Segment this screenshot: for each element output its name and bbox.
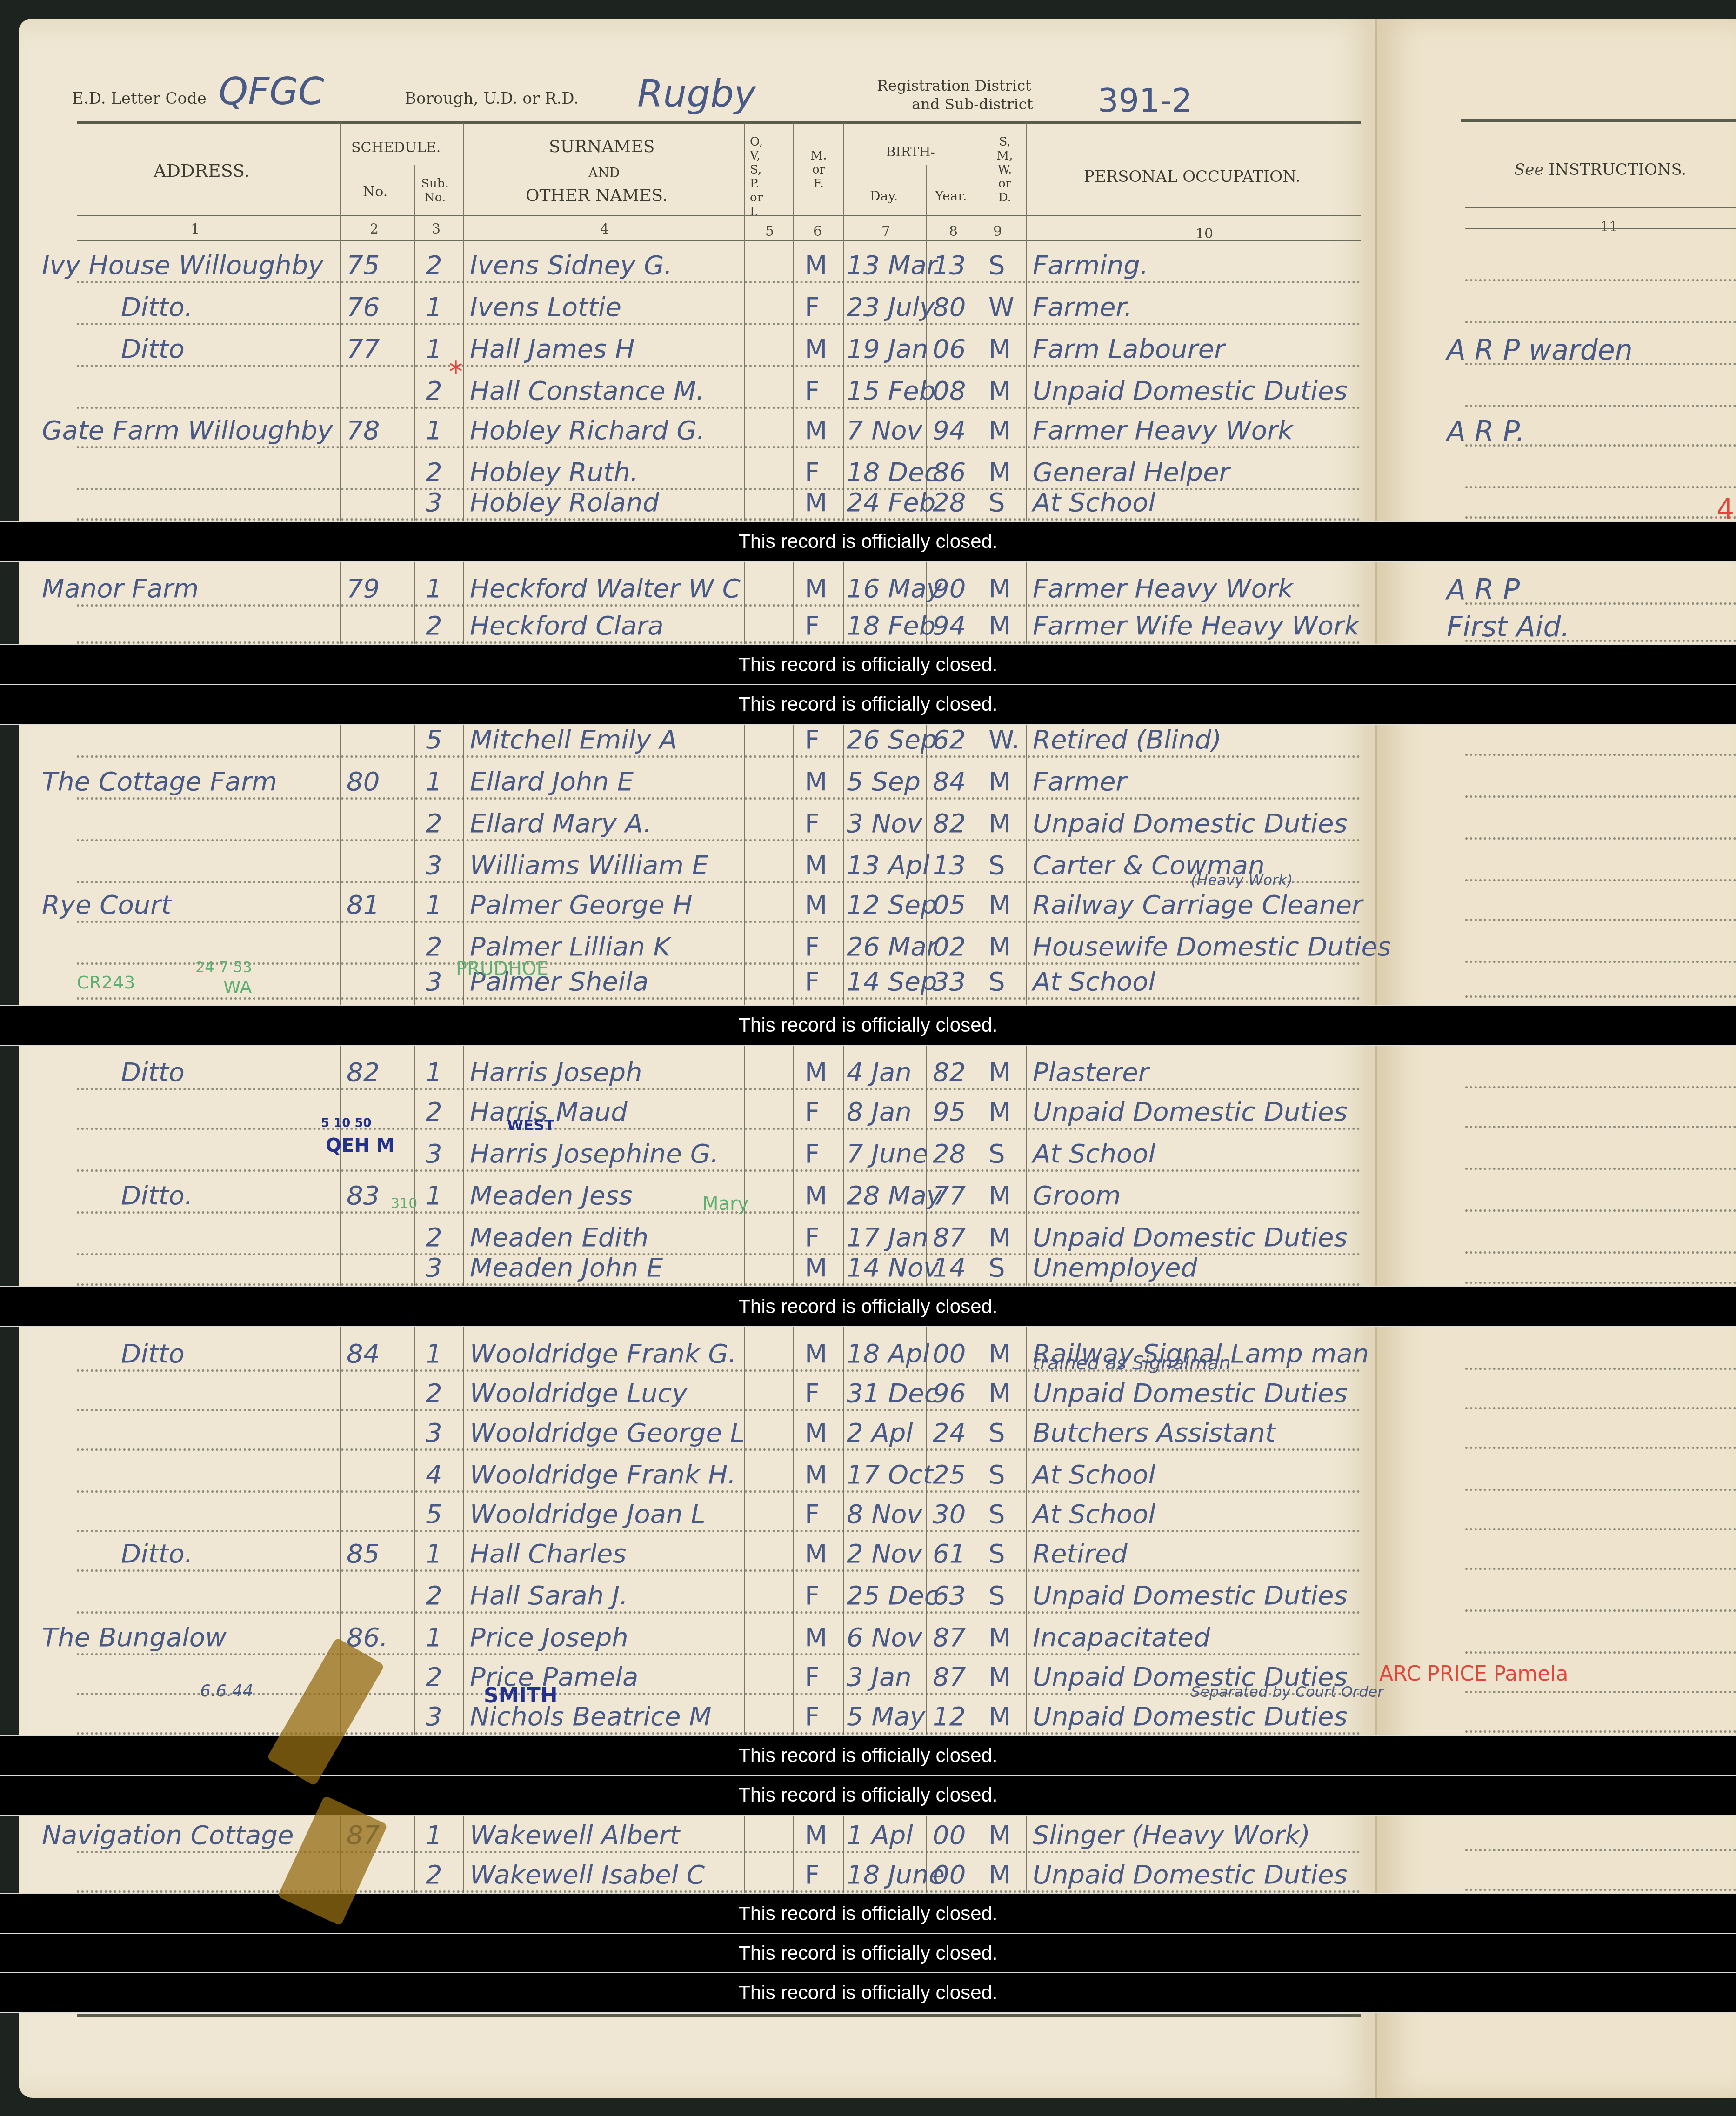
row-dotted-rule <box>77 1283 1361 1286</box>
schedule-sub-cell: 2 <box>426 1860 442 1890</box>
schedule-sub-cell: 1 <box>426 767 442 797</box>
row-dotted-rule-right <box>1465 1528 1736 1530</box>
schedule-sub-cell: 1 <box>426 1622 442 1653</box>
row-dotted-rule-right <box>1465 444 1736 447</box>
meaden-mary-note: Mary <box>702 1193 748 1215</box>
occupation-cell: Unpaid Domestic Duties <box>1033 376 1348 406</box>
redaction-bar: This record is officially closed. <box>0 644 1736 685</box>
col-divider <box>793 123 794 2007</box>
birth-day-cell: 31 Dec <box>847 1378 938 1408</box>
birth-day-cell: 14 Sep <box>847 967 937 997</box>
ed-letter-code: QFGC <box>219 70 324 113</box>
see-label: See <box>1514 160 1544 179</box>
sex-cell: M <box>805 1460 827 1490</box>
marital-cell: M <box>988 932 1011 962</box>
name-cell: Ivens Sidney G. <box>470 250 672 280</box>
sex-cell: F <box>805 457 820 487</box>
redaction-bar: This record is officially closed. <box>0 1775 1736 1816</box>
birth-day-cell: 8 Nov <box>847 1499 922 1529</box>
birth-day-cell: 7 Nov <box>847 415 922 446</box>
birth-year-cell: 82 <box>933 808 966 839</box>
marital-cell: S <box>988 1539 1005 1569</box>
occupation-cell: Farmer Heavy Work <box>1033 415 1293 446</box>
name-cell: Meaden John E <box>470 1253 663 1283</box>
redaction-bar: This record is officially closed. <box>0 1005 1736 1046</box>
sex-cell: F <box>805 292 820 322</box>
address-cell: The Cottage Farm <box>42 767 277 797</box>
occupation-cell: At School <box>1033 967 1155 997</box>
occupation-cell: Groom <box>1033 1181 1121 1211</box>
birth-day-cell: 23 July <box>847 292 935 322</box>
row-dotted-rule <box>77 1569 1361 1572</box>
row-dotted-rule <box>77 755 1361 758</box>
col-num-4: 4 <box>600 221 609 237</box>
name-cell: Wooldridge Frank H. <box>470 1460 736 1490</box>
col-num-2: 2 <box>370 221 379 237</box>
sex-cell: M <box>805 574 827 604</box>
row-dotted-rule <box>77 1128 1361 1130</box>
row-dotted-rule <box>77 446 1361 448</box>
row-dotted-rule-right <box>1465 1251 1736 1254</box>
row-dotted-rule <box>77 962 1361 965</box>
birth-day-cell: 13 Apl <box>847 850 929 881</box>
occupation-cell: Butchers Assistant <box>1033 1418 1275 1448</box>
col-num-1: 1 <box>191 221 200 237</box>
col-divider <box>414 165 415 2007</box>
birth-year-cell: 02 <box>933 932 966 962</box>
col-header-surnames-2: AND <box>588 165 620 180</box>
schedule-sub-cell: 3 <box>426 487 442 518</box>
west-correction: WEST <box>507 1116 554 1134</box>
borough-value: Rugby <box>637 72 756 115</box>
schedule-no-cell: 83 <box>347 1181 380 1211</box>
name-cell: Wooldridge Joan L <box>470 1499 706 1529</box>
sex-cell: M <box>805 1539 827 1569</box>
row-dotted-rule-right <box>1465 1368 1736 1370</box>
sex-cell: M <box>805 1418 827 1448</box>
schedule-sub-cell: 2 <box>426 1097 442 1127</box>
name-cell: Heckford Clara <box>470 611 663 641</box>
schedule-no-cell: 79 <box>347 574 380 604</box>
birth-year-cell: 90 <box>933 574 966 604</box>
col-header-sub-no: Sub. No. <box>421 177 449 205</box>
occupation-cell: At School <box>1033 487 1155 518</box>
sex-cell: F <box>805 808 820 839</box>
birth-day-cell: 19 Jan <box>847 334 928 364</box>
birth-year-cell: 24 <box>933 1418 966 1448</box>
occupation-cell: Farmer Heavy Work <box>1033 574 1293 604</box>
row-dotted-rule-right <box>1465 879 1736 881</box>
marital-cell: S <box>988 1581 1005 1611</box>
schedule-sub-cell: 2 <box>426 1662 442 1692</box>
row-dotted-rule <box>77 641 1361 644</box>
birth-day-cell: 1 Apl <box>847 1820 913 1850</box>
sex-cell: M <box>805 767 827 797</box>
sex-cell: F <box>805 1097 820 1127</box>
marital-cell: W <box>988 292 1014 322</box>
col-divider <box>843 123 844 2007</box>
instructions-label: INSTRUCTIONS. <box>1549 160 1686 179</box>
name-cell: Wooldridge Lucy <box>470 1378 688 1408</box>
schedule-sub-cell: 5 <box>426 725 442 755</box>
row-dotted-rule-right <box>1465 1609 1736 1612</box>
marital-cell: M <box>988 1820 1011 1850</box>
prudhoe-note: PRUDHOE <box>456 958 548 980</box>
row-dotted-rule-right <box>1465 1447 1736 1449</box>
sex-cell: M <box>805 334 827 364</box>
header-top-rule-right <box>1461 119 1736 122</box>
schedule-sub-cell: 1 <box>426 1539 442 1569</box>
row-dotted-rule-right <box>1465 1086 1736 1088</box>
occupation-cell: Plasterer <box>1033 1057 1149 1088</box>
schedule-sub-cell: 4 <box>426 1460 442 1490</box>
name-cell: Price Joseph <box>470 1622 628 1653</box>
sex-cell: F <box>805 725 820 755</box>
row-dotted-rule <box>77 323 1361 325</box>
row-dotted-rule <box>77 1448 1361 1451</box>
address-cell: Rye Court <box>42 890 171 920</box>
row-dotted-rule <box>77 1611 1361 1614</box>
marital-cell: M <box>988 1622 1011 1653</box>
birth-day-cell: 24 Feb <box>847 487 935 518</box>
col-header-sex: M. or F. <box>809 149 828 191</box>
birth-day-cell: 12 Sep <box>847 890 937 920</box>
red-margin-mark: 4 <box>1716 493 1734 526</box>
sex-cell: F <box>805 1222 820 1253</box>
birth-year-cell: 87 <box>933 1622 966 1653</box>
row-dotted-rule <box>77 797 1361 800</box>
col-num-11: 11 <box>1600 219 1618 235</box>
row-dotted-rule-right <box>1465 1568 1736 1570</box>
schedule-sub-cell: 2 <box>426 808 442 839</box>
name-cell: Hobley Roland <box>470 487 659 518</box>
row-dotted-rule-right <box>1465 1849 1736 1851</box>
sex-cell: M <box>805 1181 827 1211</box>
occupation-cell: Unpaid Domestic Duties <box>1033 1222 1348 1253</box>
birth-day-cell: 16 May <box>847 574 942 604</box>
schedule-sub-cell: 1 <box>426 334 442 364</box>
schedule-sub-cell: 2 <box>426 376 442 406</box>
row-dotted-rule <box>77 407 1361 409</box>
harris-note-date: 5 10 50 <box>321 1116 372 1130</box>
col-num-3: 3 <box>432 221 441 237</box>
marital-cell: M <box>988 808 1011 839</box>
sex-cell: F <box>805 1378 820 1408</box>
schedule-sub-cell: 3 <box>426 1702 442 1732</box>
schedule-sub-cell: 3 <box>426 850 442 881</box>
marital-cell: M <box>988 611 1011 641</box>
row-dotted-rule-right <box>1465 1889 1736 1891</box>
colnum-bottom-rule <box>77 240 1361 241</box>
row-dotted-rule <box>77 1851 1361 1853</box>
name-cell: Hall Constance M. <box>470 376 704 406</box>
birth-day-cell: 26 Mar <box>847 932 937 962</box>
sex-cell: F <box>805 1702 820 1732</box>
instructions-cell: First Aid. <box>1447 611 1570 643</box>
schedule-sub-cell: 3 <box>426 967 442 997</box>
birth-year-cell: 95 <box>933 1097 966 1127</box>
birth-day-cell: 15 Feb <box>847 376 935 406</box>
marital-cell: W. <box>988 725 1020 755</box>
instructions-cell: A R P <box>1447 574 1520 606</box>
occupation-cell: Unemployed <box>1033 1253 1197 1283</box>
row-dotted-rule-right <box>1465 1282 1736 1284</box>
name-cell: Wooldridge George L <box>470 1418 745 1448</box>
schedule-no-cell: 77 <box>347 334 380 364</box>
sex-cell: M <box>805 487 827 518</box>
marital-cell: S <box>988 250 1005 280</box>
sex-cell: F <box>805 1860 820 1890</box>
row-dotted-rule <box>77 1653 1361 1655</box>
date-note: 6.6.44 <box>200 1682 254 1701</box>
birth-year-cell: 80 <box>933 292 966 322</box>
marital-cell: M <box>988 1378 1011 1408</box>
schedule-no-cell: 78 <box>347 415 380 446</box>
occupation-cell: Farming. <box>1033 250 1148 280</box>
birth-day-cell: 5 Sep <box>847 767 921 797</box>
occupation-cell: At School <box>1033 1139 1155 1169</box>
address-cell: Navigation Cottage <box>42 1820 294 1850</box>
row-dotted-rule-right <box>1465 1126 1736 1128</box>
palmer-note-1: CR243 <box>77 972 135 993</box>
col-num-8: 8 <box>949 223 958 240</box>
name-cell: Hall Charles <box>470 1539 626 1569</box>
schedule-sub-cell: 2 <box>426 1581 442 1611</box>
occupation-note: Separated by Court Order <box>1191 1683 1383 1701</box>
address-cell: The Bungalow <box>42 1622 227 1653</box>
marital-cell: M <box>988 1339 1011 1369</box>
col-header-instructions: See INSTRUCTIONS. <box>1514 160 1686 179</box>
birth-day-cell: 18 Apl <box>847 1339 929 1369</box>
sex-cell: F <box>805 376 820 406</box>
occupation-cell: At School <box>1033 1499 1155 1529</box>
schedule-sub-cell: 3 <box>426 1253 442 1283</box>
header-top-rule <box>77 121 1361 124</box>
row-dotted-rule-right <box>1465 754 1736 756</box>
row-dotted-rule-right <box>1465 321 1736 323</box>
address-cell: Ditto <box>121 334 185 364</box>
marital-cell: M <box>988 457 1011 487</box>
sex-cell: F <box>805 1139 820 1169</box>
col-header-marital: S, M, W. or D. <box>995 135 1014 205</box>
redaction-bar: This record is officially closed. <box>0 1893 1736 1934</box>
occupation-cell: Retired <box>1033 1539 1128 1569</box>
address-cell: Ditto. <box>121 1181 193 1211</box>
birth-year-cell: 00 <box>933 1820 966 1850</box>
row-dotted-rule-right <box>1465 1730 1736 1733</box>
marital-cell: M <box>988 1097 1011 1127</box>
occupation-cell: Unpaid Domestic Duties <box>1033 1097 1348 1127</box>
birth-day-cell: 18 June <box>847 1860 945 1890</box>
birth-year-cell: 12 <box>933 1702 966 1732</box>
birth-day-cell: 26 Sep <box>847 725 937 755</box>
header-bottom-rule <box>77 215 1361 216</box>
birth-year-cell: 28 <box>933 1139 966 1169</box>
marital-cell: M <box>988 415 1011 446</box>
palmer-note-2: 24 7 53 <box>195 958 252 976</box>
occupation-cell: Unpaid Domestic Duties <box>1033 1860 1348 1890</box>
birth-year-cell: 94 <box>933 415 966 446</box>
marital-cell: M <box>988 1860 1011 1890</box>
row-dotted-rule <box>77 1693 1361 1695</box>
col-header-birth-year: Year. <box>935 188 967 204</box>
col-divider <box>975 123 975 2007</box>
birth-year-cell: 30 <box>933 1499 966 1529</box>
row-dotted-rule-right <box>1465 602 1736 605</box>
schedule-no-cell: 81 <box>347 890 380 920</box>
occupation-note: (Heavy Work) <box>1191 871 1293 889</box>
col-header-ovspi: O, V, S, P. or I. <box>750 135 773 219</box>
occupation-cell: Slinger (Heavy Work) <box>1033 1820 1310 1850</box>
col-num-6: 6 <box>813 223 822 240</box>
name-cell: Mitchell Emily A <box>470 725 677 755</box>
birth-year-cell: 06 <box>933 334 966 364</box>
birth-year-cell: 00 <box>933 1860 966 1890</box>
redaction-text: This record is officially closed. <box>738 1982 997 2004</box>
occupation-cell: Farmer. <box>1033 292 1132 322</box>
schedule-sub-cell: 1 <box>426 1339 442 1369</box>
row-dotted-rule-right <box>1465 961 1736 963</box>
ed-letter-code-label: E.D. Letter Code <box>72 89 207 108</box>
name-cell: Palmer Lillian K <box>470 932 670 962</box>
row-dotted-rule <box>77 1369 1361 1372</box>
col-header-occupation: PERSONAL OCCUPATION. <box>1084 167 1301 186</box>
row-dotted-rule <box>77 997 1361 1000</box>
instructions-cell: ARC PRICE Pamela <box>1379 1662 1568 1686</box>
schedule-sub-cell: 1 <box>426 890 442 920</box>
sex-cell: M <box>805 1057 827 1088</box>
schedule-sub-cell: 1 <box>426 1057 442 1088</box>
row-dotted-rule <box>77 1169 1361 1172</box>
address-cell: Ditto. <box>121 1539 193 1569</box>
sex-cell: M <box>805 1253 827 1283</box>
name-cell: Harris Josephine G. <box>470 1139 719 1169</box>
redaction-text: This record is officially closed. <box>738 1014 997 1036</box>
birth-day-cell: 14 Nov <box>847 1253 939 1283</box>
sex-cell: F <box>805 932 820 962</box>
birth-day-cell: 5 May <box>847 1702 925 1732</box>
name-cell: Wooldridge Frank G. <box>470 1339 736 1369</box>
birth-year-cell: 77 <box>933 1181 966 1211</box>
schedule-no-cell: 76 <box>347 292 380 322</box>
col-num-9: 9 <box>993 223 1002 240</box>
schedule-sub-cell: 1 <box>426 574 442 604</box>
row-dotted-rule <box>77 1490 1361 1493</box>
name-cell: Hall Sarah J. <box>470 1581 628 1611</box>
row-dotted-rule-right <box>1465 919 1736 921</box>
row-dotted-rule-right <box>1465 640 1736 642</box>
col-header-schedule-no: No. <box>363 184 387 200</box>
address-cell: Ditto <box>121 1057 185 1088</box>
schedule-sub-cell: 2 <box>426 1378 442 1408</box>
schedule-no-cell: 84 <box>347 1339 380 1369</box>
birth-year-cell: 63 <box>933 1581 966 1611</box>
row-dotted-rule-right <box>1465 1691 1736 1693</box>
redaction-text: This record is officially closed. <box>738 1744 997 1767</box>
marital-cell: M <box>988 1662 1011 1692</box>
instructions-cell: A R P. <box>1447 415 1525 448</box>
name-cell: Meaden Jess <box>470 1181 633 1211</box>
sex-cell: M <box>805 415 827 446</box>
redaction-bar: This record is officially closed. <box>0 1933 1736 1974</box>
row-dotted-rule-right <box>1465 795 1736 798</box>
birth-day-cell: 18 Feb <box>847 611 935 641</box>
address-cell: Manor Farm <box>42 574 199 604</box>
birth-day-cell: 25 Dec <box>847 1581 938 1611</box>
birth-year-cell: 25 <box>933 1460 966 1490</box>
col-divider <box>1026 123 1027 2007</box>
redaction-bar: This record is officially closed. <box>0 1735 1736 1776</box>
row-dotted-rule <box>77 488 1361 490</box>
marital-cell: M <box>988 1222 1011 1253</box>
schedule-no-cell: 82 <box>347 1057 380 1088</box>
name-cell: Hobley Ruth. <box>470 457 639 487</box>
marital-cell: S <box>988 1139 1005 1169</box>
harris-note-code: QEH M <box>326 1135 395 1156</box>
name-cell: Heckford Walter W C <box>470 574 741 604</box>
birth-day-cell: 8 Jan <box>847 1097 912 1127</box>
schedule-sub-cell: 2 <box>426 1222 442 1253</box>
row-dotted-rule <box>77 1409 1361 1411</box>
sex-cell: M <box>805 890 827 920</box>
marital-cell: S <box>988 1418 1005 1448</box>
occupation-cell: Railway Carriage Cleaner <box>1033 890 1362 920</box>
col-header-birth: BIRTH- <box>886 144 935 160</box>
row-dotted-rule-right <box>1465 279 1736 281</box>
birth-year-cell: 87 <box>933 1662 966 1692</box>
birth-year-cell: 94 <box>933 611 966 641</box>
name-cell: Ellard John E <box>470 767 634 797</box>
col-header-surnames-1: SURNAMES <box>549 137 654 156</box>
redaction-text: This record is officially closed. <box>738 693 997 715</box>
schedule-sub-cell: 3 <box>426 1139 442 1169</box>
row-dotted-rule-right <box>1465 1407 1736 1409</box>
schedule-sub-cell: 1 <box>426 415 442 446</box>
name-cell: Hobley Richard G. <box>470 415 705 446</box>
row-dotted-rule-right <box>1465 363 1736 365</box>
col-header-address: ADDRESS. <box>154 160 250 181</box>
col-header-schedule: SCHEDULE. <box>351 140 441 156</box>
name-cell: Palmer George H <box>470 890 693 920</box>
row-dotted-rule <box>77 921 1361 923</box>
sex-cell: F <box>805 1499 820 1529</box>
row-dotted-rule-right <box>1465 837 1736 840</box>
col-divider <box>463 123 464 2007</box>
sex-cell: F <box>805 1581 820 1611</box>
birth-day-cell: 13 Mar <box>847 250 937 280</box>
footer-rule <box>77 2014 1361 2017</box>
birth-year-cell: 96 <box>933 1378 966 1408</box>
birth-year-cell: 82 <box>933 1057 966 1088</box>
occupation-cell: Housewife Domestic Duties <box>1033 932 1391 962</box>
palmer-note-3: WA <box>223 977 252 997</box>
birth-year-cell: 87 <box>933 1222 966 1253</box>
row-dotted-rule <box>77 604 1361 607</box>
occupation-cell: General Helper <box>1033 457 1230 487</box>
birth-day-cell: 4 Jan <box>847 1057 912 1088</box>
occupation-cell: Farm Labourer <box>1033 334 1225 364</box>
schedule-no-cell: 75 <box>347 250 380 280</box>
schedule-sub-cell: 1 <box>426 1820 442 1850</box>
marital-cell: M <box>988 376 1011 406</box>
birth-year-cell: 08 <box>933 376 966 406</box>
name-cell: Ivens Lottie <box>470 292 621 322</box>
occupation-cell: At School <box>1033 1460 1155 1490</box>
birth-year-cell: 13 <box>933 250 966 280</box>
redaction-text: This record is officially closed. <box>738 1784 997 1806</box>
marital-cell: S <box>988 487 1005 518</box>
schedule-sub-cell: 3 <box>426 1418 442 1448</box>
